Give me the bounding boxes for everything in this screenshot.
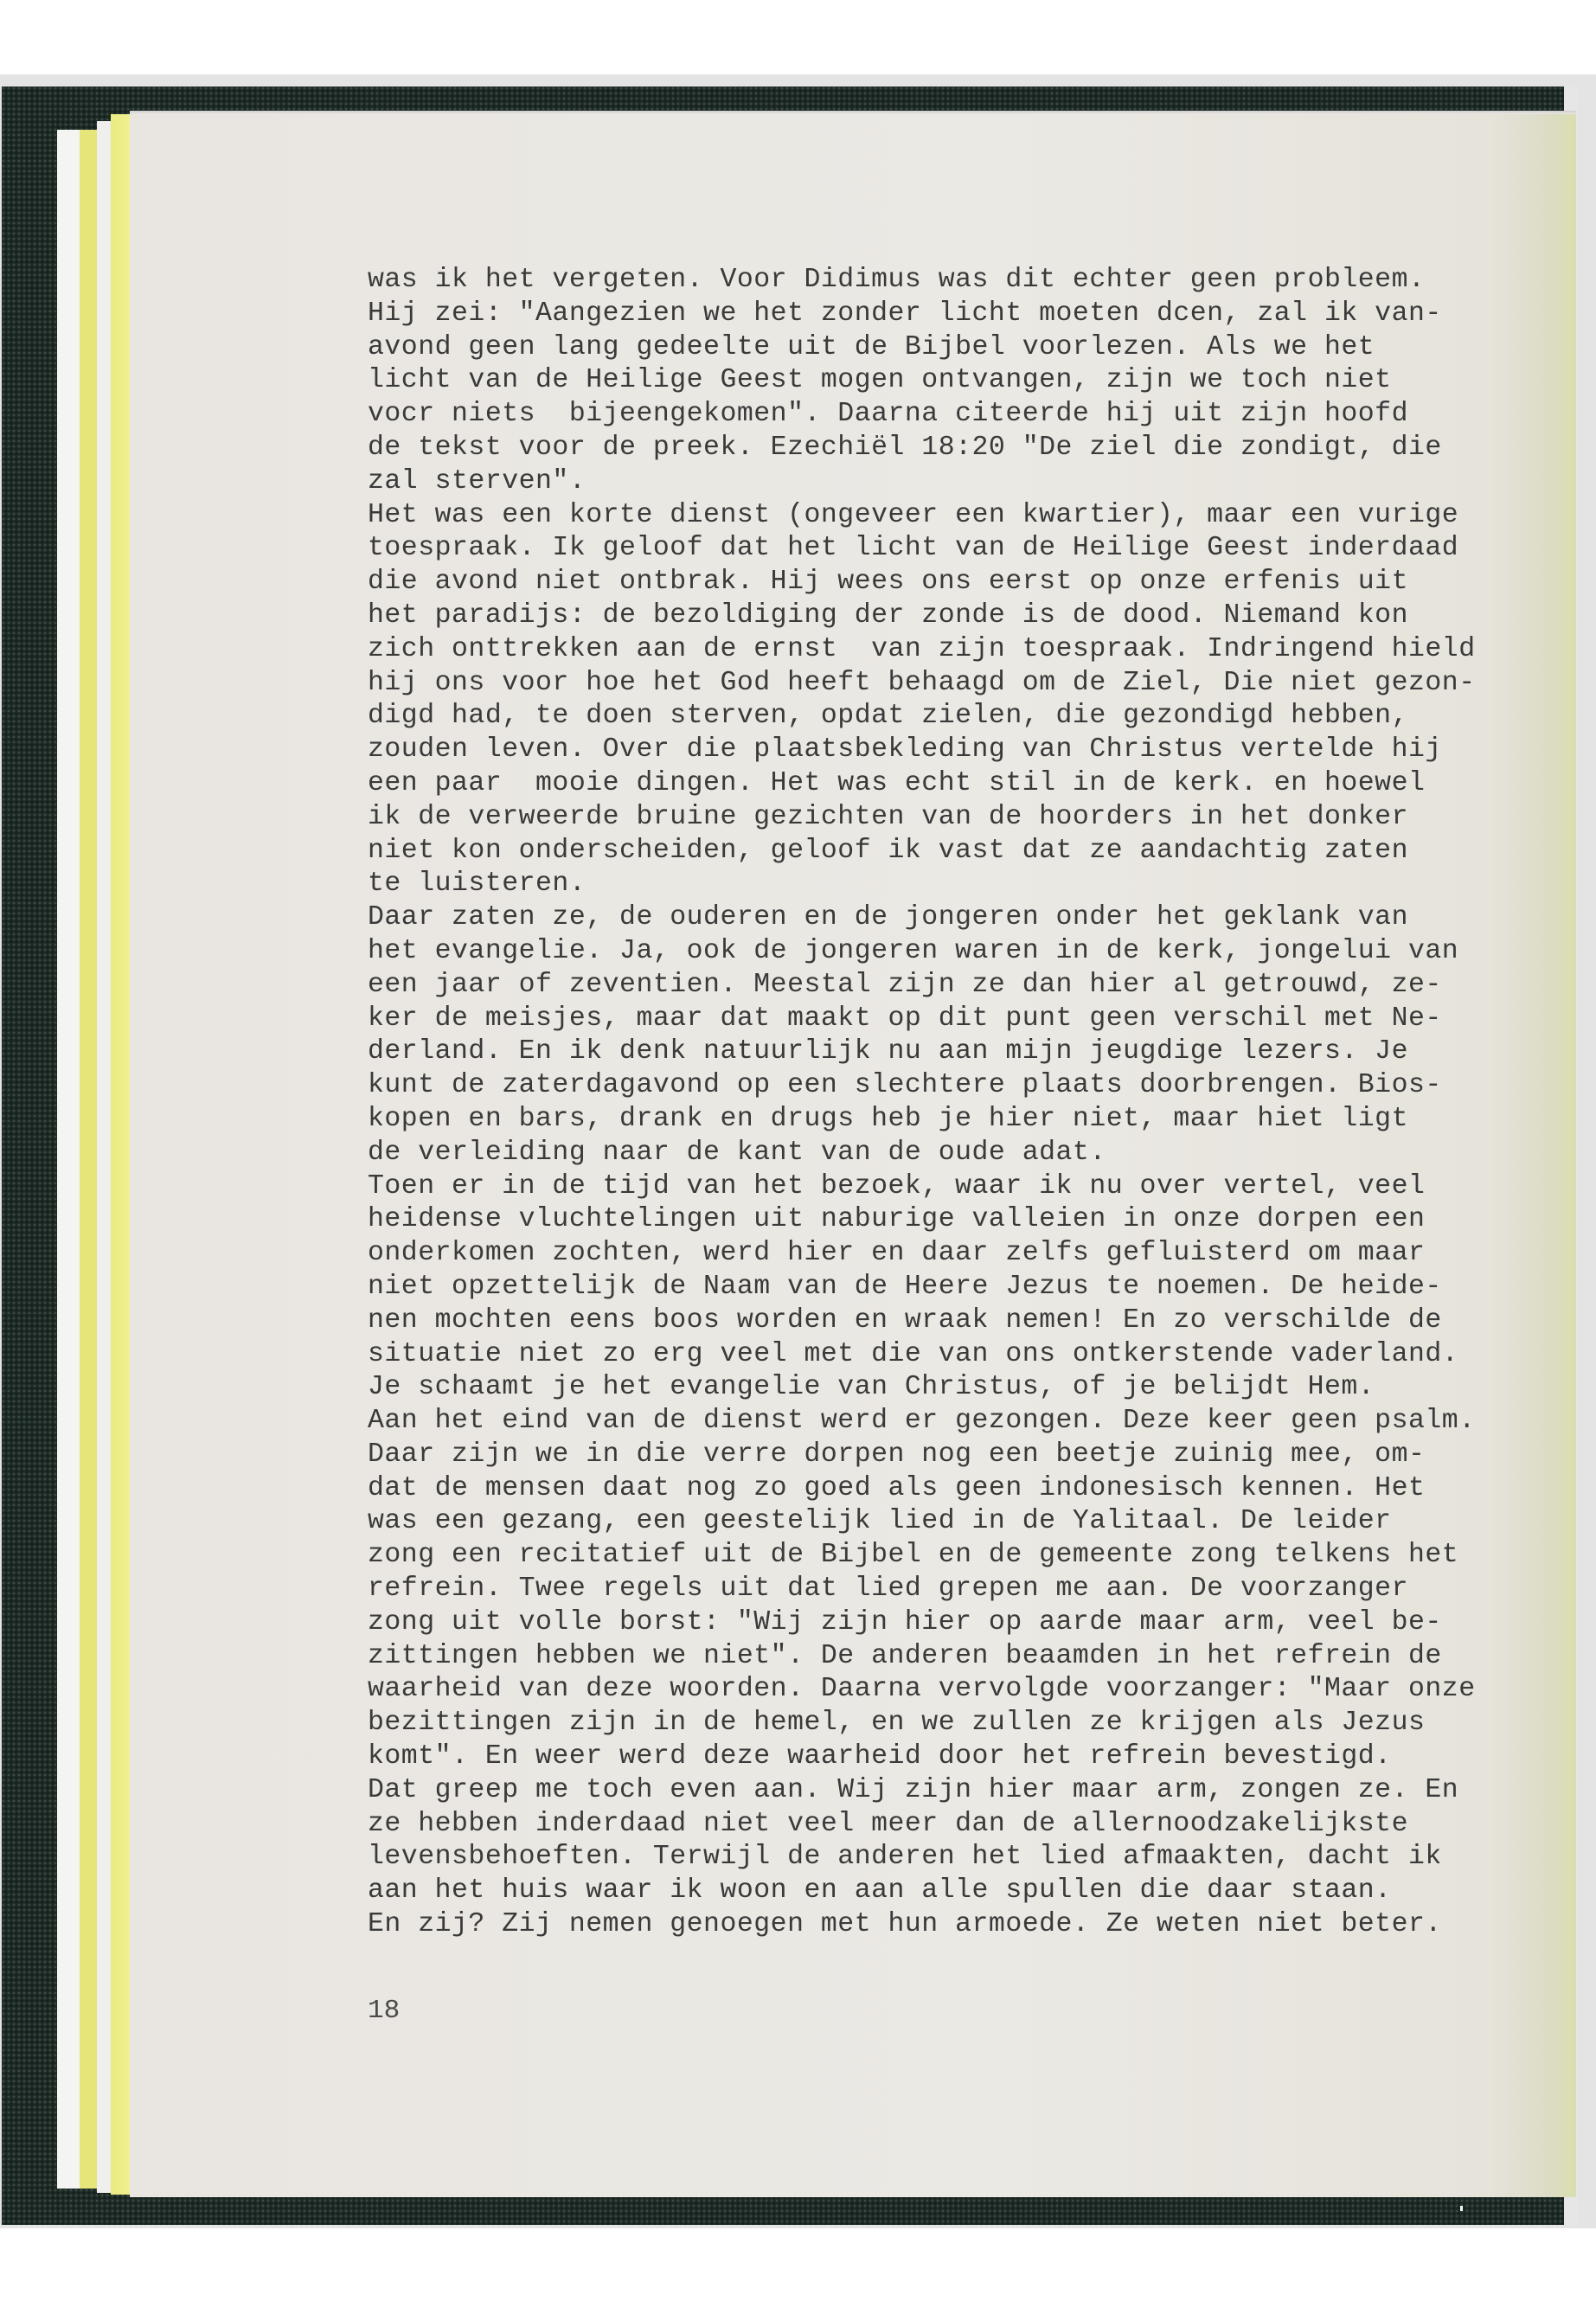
text-line: Je schaamt je het evangelie van Christus…	[368, 1371, 1518, 1405]
text-line: waarheid van deze woorden. Daarna vervol…	[368, 1673, 1518, 1707]
text-line: derland. En ik denk natuurlijk nu aan mi…	[368, 1035, 1518, 1069]
text-line: het evangelie. Ja, ook de jongeren waren…	[368, 935, 1518, 969]
text-line: heidense vluchtelingen uit naburige vall…	[368, 1203, 1518, 1237]
text-line: Dat greep me toch even aan. Wij zijn hie…	[368, 1774, 1518, 1808]
text-line: dat de mensen daat nog zo goed als geen …	[368, 1472, 1518, 1506]
text-line: ik de verweerde bruine gezichten van de …	[368, 801, 1518, 835]
text-line: zouden leven. Over die plaatsbekleding v…	[368, 734, 1518, 767]
text-line: Aan het eind van de dienst werd er gezon…	[368, 1405, 1518, 1439]
text-line: Daar zijn we in die verre dorpen nog een…	[368, 1439, 1518, 1472]
text-line: aan het huis waar ik woon en aan alle sp…	[368, 1875, 1518, 1908]
page-top-shadow	[130, 111, 1576, 114]
text-line: ze hebben inderdaad niet veel meer dan d…	[368, 1808, 1518, 1842]
text-line: zong een recitatief uit de Bijbel en de …	[368, 1539, 1518, 1573]
page-edge-white-inner	[97, 121, 111, 2193]
text-line: was ik het vergeten. Voor Didimus was di…	[368, 264, 1518, 298]
text-line: Daar zaten ze, de ouderen en de jongeren…	[368, 901, 1518, 935]
text-line: refrein. Twee regels uit dat lied grepen…	[368, 1573, 1518, 1606]
text-line: ker de meisjes, maar dat maakt op dit pu…	[368, 1003, 1518, 1036]
text-line: komt". En weer werd deze waarheid door h…	[368, 1740, 1518, 1774]
text-line: onderkomen zochten, werd hier en daar ze…	[368, 1237, 1518, 1271]
text-line: situatie niet zo erg veel met die van on…	[368, 1338, 1518, 1372]
page-edge-yellow-inner	[111, 114, 130, 2195]
text-line: het paradijs: de bezoldiging der zonde i…	[368, 599, 1518, 633]
text-line: levensbehoeften. Terwijl de anderen het …	[368, 1841, 1518, 1875]
text-line: vocr niets bijeengekomen". Daarna citeer…	[368, 398, 1518, 432]
text-line: En zij? Zij nemen genoegen met hun armoe…	[368, 1908, 1518, 1942]
book-page: was ik het vergeten. Voor Didimus was di…	[130, 111, 1576, 2197]
text-line: hij ons voor hoe het God heeft behaagd o…	[368, 667, 1518, 701]
text-line: avond geen lang gedeelte uit de Bijbel v…	[368, 331, 1518, 365]
text-line: Toen er in de tijd van het bezoek, waar …	[368, 1170, 1518, 1204]
text-line: was een gezang, een geestelijk lied in d…	[368, 1505, 1518, 1539]
text-line: bezittingen zijn in de hemel, en we zull…	[368, 1707, 1518, 1740]
text-line: digd had, te doen sterven, opdat zielen,…	[368, 700, 1518, 734]
body-text: was ik het vergeten. Voor Didimus was di…	[368, 264, 1518, 1942]
text-line: licht van de Heilige Geest mogen ontvang…	[368, 364, 1518, 398]
page-edge-white	[57, 130, 81, 2189]
text-line: de tekst voor de preek. Ezechiël 18:20 "…	[368, 432, 1518, 465]
text-line: die avond niet ontbrak. Hij wees ons eer…	[368, 566, 1518, 599]
page-number: 18	[368, 1995, 400, 2028]
text-line: niet opzettelijk de Naam van de Heere Je…	[368, 1271, 1518, 1304]
text-line: kopen en bars, drank en drugs heb je hie…	[368, 1103, 1518, 1137]
text-line: een jaar of zeventien. Meestal zijn ze d…	[368, 969, 1518, 1003]
text-line: toespraak. Ik geloof dat het licht van d…	[368, 532, 1518, 566]
text-line: kunt de zaterdagavond op een slechtere p…	[368, 1069, 1518, 1103]
text-line: Hij zei: "Aangezien we het zonder licht …	[368, 298, 1518, 331]
text-line: nen mochten eens boos worden en wraak ne…	[368, 1304, 1518, 1338]
text-line: zong uit volle borst: "Wij zijn hier op …	[368, 1606, 1518, 1640]
text-line: zittingen hebben we niet". De anderen be…	[368, 1640, 1518, 1674]
text-line: Het was een korte dienst (ongeveer een k…	[368, 499, 1518, 533]
text-line: zal sterven".	[368, 465, 1518, 499]
text-line: niet kon onderscheiden, geloof ik vast d…	[368, 835, 1518, 868]
cover-scuff	[1460, 2206, 1463, 2211]
text-line: te luisteren.	[368, 868, 1518, 901]
text-line: zich onttrekken aan de ernst van zijn to…	[368, 633, 1518, 667]
text-line: de verleiding naar de kant van de oude a…	[368, 1137, 1518, 1170]
text-line: een paar mooie dingen. Het was echt stil…	[368, 767, 1518, 801]
page-edge-yellow	[80, 130, 97, 2189]
